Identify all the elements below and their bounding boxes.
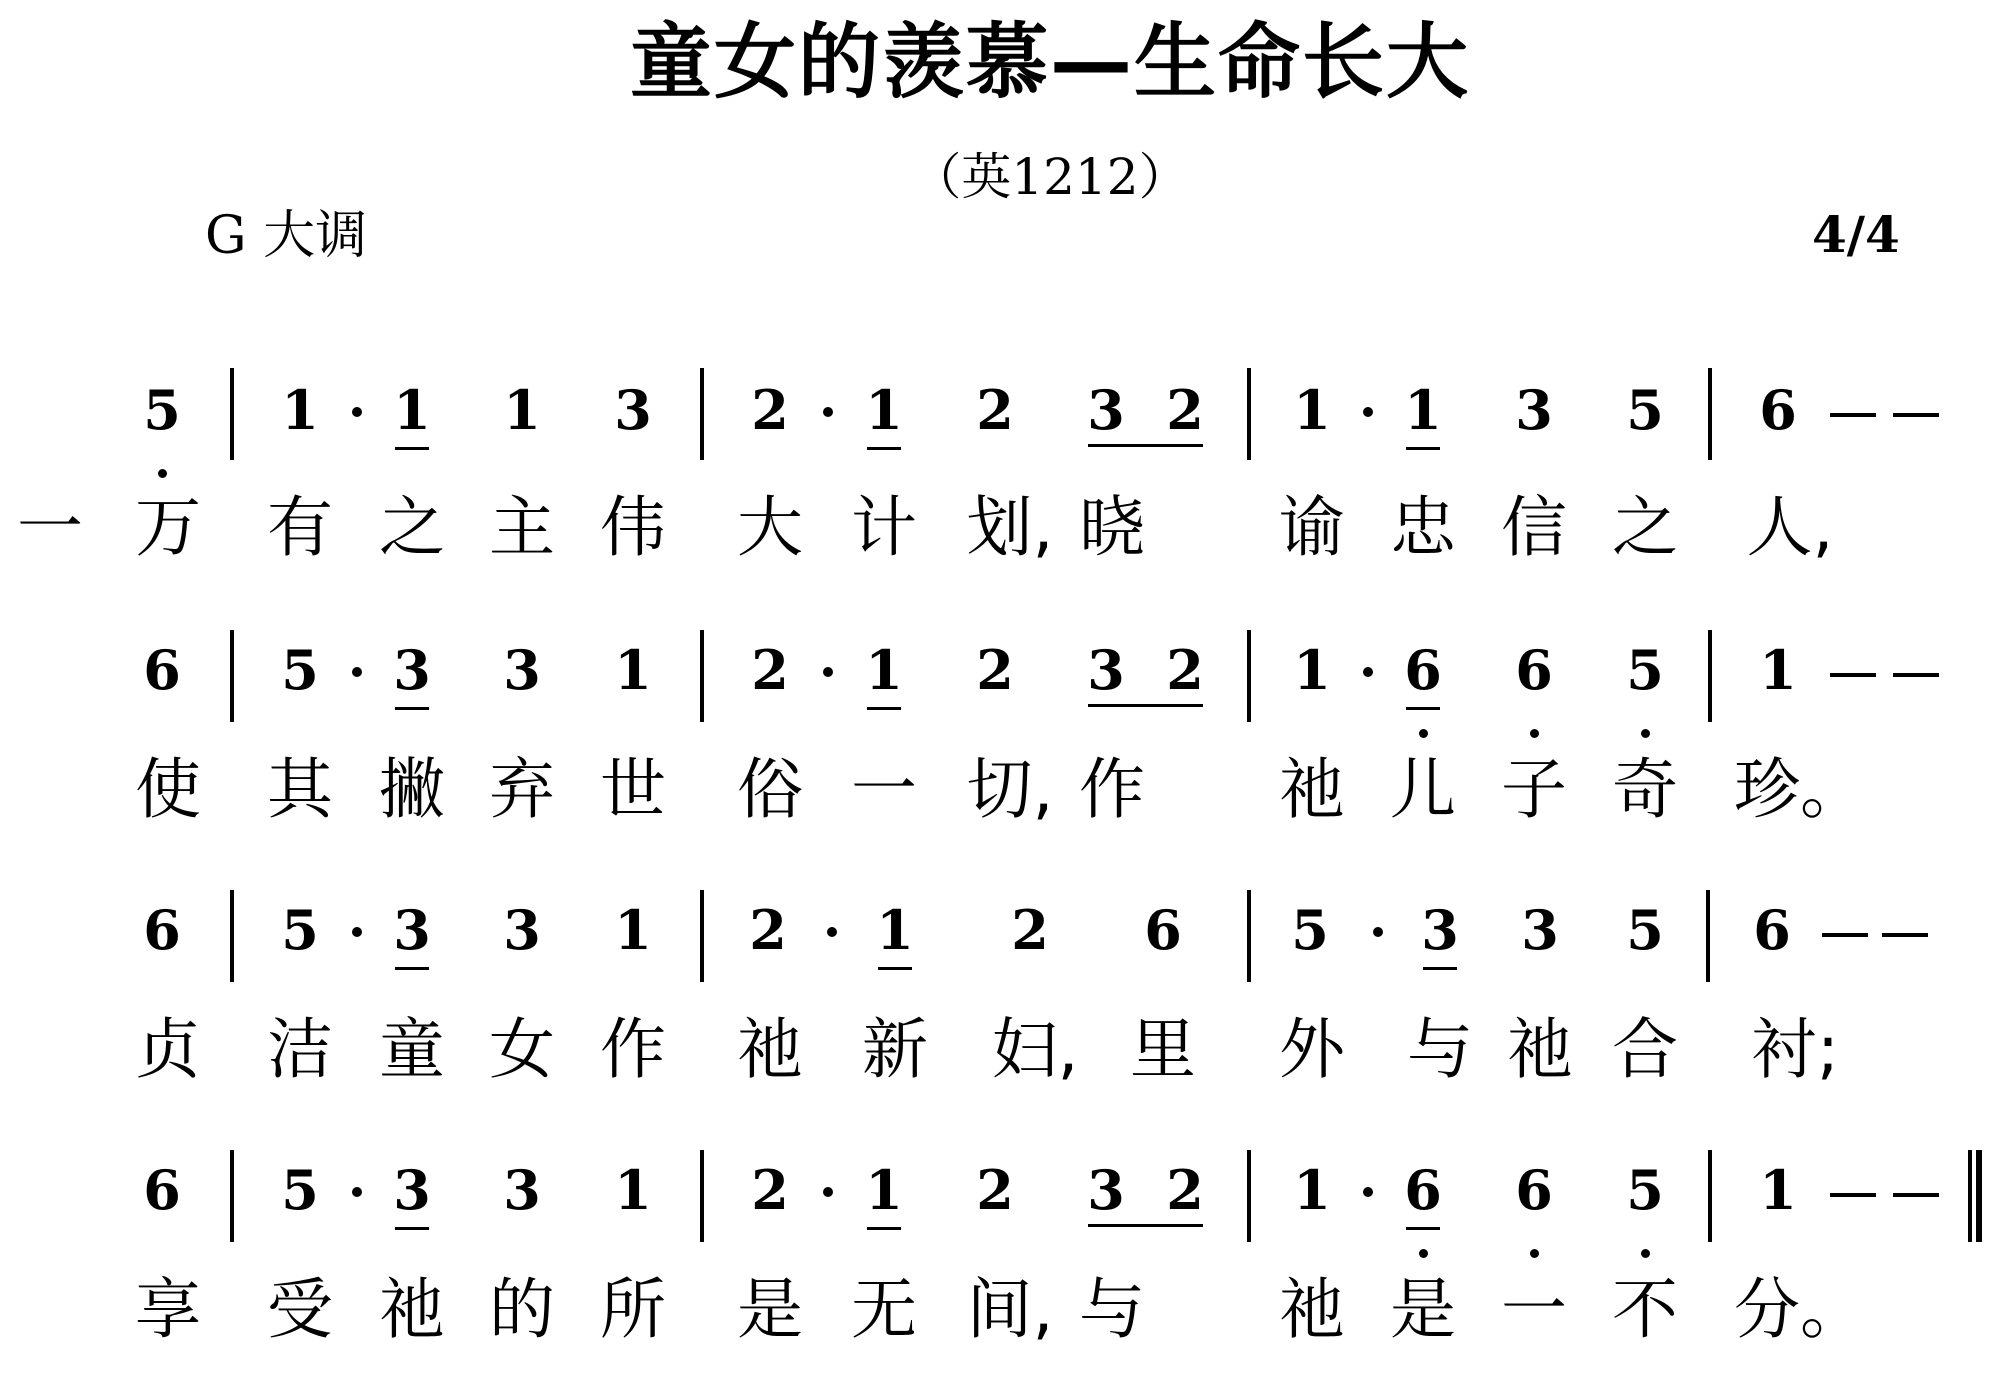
lyric: 主 — [489, 495, 555, 561]
note: 3 — [1081, 1163, 1131, 1217]
note: 1 — [497, 383, 547, 437]
note: 2 — [745, 1163, 795, 1217]
extension-dash — [1893, 673, 1939, 677]
augmentation-dot — [352, 927, 362, 937]
note: 1 — [608, 643, 658, 697]
eighth-underline — [878, 967, 912, 970]
note: 3 — [497, 1163, 547, 1217]
eighth-beam — [1088, 704, 1203, 707]
lyric: 洁 — [267, 1017, 333, 1083]
eighth-beam — [1088, 1224, 1203, 1227]
bar-line — [1247, 368, 1251, 460]
bar-line — [230, 1150, 234, 1242]
note: 6 — [1138, 903, 1188, 957]
lyric: 子 — [1501, 757, 1567, 823]
note: 5 — [275, 903, 325, 957]
note: 1 — [1753, 643, 1803, 697]
lyric: 忠 — [1390, 495, 1456, 561]
lyric: 祂 — [1279, 757, 1345, 823]
note: 5 — [275, 643, 325, 697]
lyric: 计 — [851, 495, 917, 561]
augmentation-dot — [823, 1187, 833, 1197]
lyric: 珍。 — [1734, 757, 1866, 823]
augmentation-dot — [823, 667, 833, 677]
lyric: 是 — [1390, 1277, 1456, 1343]
eighth-underline — [867, 1227, 901, 1230]
bar-line — [230, 890, 234, 982]
augmentation-dot — [1363, 1187, 1373, 1197]
lyric: 祂 — [379, 1277, 445, 1343]
lyric: 的 — [489, 1277, 555, 1343]
key-signature: G 大调 — [205, 210, 367, 262]
note: 6 — [137, 1163, 187, 1217]
lyric: 间, — [967, 1277, 1054, 1343]
note: 5 — [1285, 903, 1335, 957]
lyric: 作 — [1079, 757, 1145, 823]
eighth-underline — [395, 1227, 429, 1230]
lyric: 祂 — [1279, 1277, 1345, 1343]
lyric: 信 — [1501, 495, 1567, 561]
lyric: 里 — [1130, 1017, 1196, 1083]
bar-line — [700, 368, 704, 460]
bar-line — [700, 630, 704, 722]
lyric: 一 — [851, 757, 917, 823]
lyric: 享 — [135, 1277, 201, 1343]
note: 6 — [137, 903, 187, 957]
note: 6 — [1509, 643, 1559, 697]
lyric: 有 — [267, 495, 333, 561]
hymn-number: （英1212） — [0, 152, 2000, 202]
bar-line — [1708, 630, 1712, 722]
final-double-bar-line — [1968, 1150, 1982, 1242]
note: 2 — [970, 1163, 1020, 1217]
lyric: 是 — [737, 1277, 803, 1343]
note: 5 — [275, 1163, 325, 1217]
note: 1 — [387, 383, 437, 437]
note: 2 — [1005, 903, 1055, 957]
eighth-underline — [395, 967, 429, 970]
note: 6 — [1753, 383, 1803, 437]
lyric: 祂 — [737, 1017, 803, 1083]
extension-dash — [1830, 673, 1876, 677]
lyric: 祂 — [1507, 1017, 1573, 1083]
extension-dash — [1882, 933, 1928, 937]
note: 1 — [859, 1163, 909, 1217]
note: 1 — [859, 643, 909, 697]
note: 3 — [608, 383, 658, 437]
eighth-underline — [867, 707, 901, 710]
augmentation-dot — [827, 927, 837, 937]
note: 2 — [1160, 1163, 1210, 1217]
bar-line — [1247, 890, 1251, 982]
low-octave-dot — [1530, 1249, 1539, 1258]
note: 6 — [1398, 643, 1448, 697]
bar-line — [700, 890, 704, 982]
low-octave-dot — [1530, 729, 1539, 738]
note: 3 — [1509, 383, 1559, 437]
lyric: 合 — [1612, 1017, 1678, 1083]
note: 5 — [1620, 903, 1670, 957]
lyric: 俗 — [737, 757, 803, 823]
lyric: 与 — [1407, 1017, 1473, 1083]
low-octave-dot — [1641, 1249, 1650, 1258]
note: 1 — [608, 903, 658, 957]
note: 6 — [1398, 1163, 1448, 1217]
extension-dash — [1830, 413, 1876, 417]
note: 3 — [1081, 383, 1131, 437]
extension-dash — [1893, 1193, 1939, 1197]
note: 1 — [1753, 1163, 1803, 1217]
augmentation-dot — [1363, 667, 1373, 677]
note: 1 — [608, 1163, 658, 1217]
lyric: 无 — [851, 1277, 917, 1343]
lyric: 儿 — [1390, 757, 1456, 823]
note: 3 — [1415, 903, 1465, 957]
lyric: 一 — [17, 495, 83, 561]
augmentation-dot — [352, 667, 362, 677]
lyric: 使 — [135, 757, 201, 823]
lyric: 作 — [600, 1017, 666, 1083]
lyric: 受 — [267, 1277, 333, 1343]
note: 3 — [387, 903, 437, 957]
note: 3 — [497, 643, 547, 697]
eighth-beam — [1088, 444, 1203, 447]
note: 3 — [387, 643, 437, 697]
note: 1 — [859, 383, 909, 437]
note: 2 — [1160, 643, 1210, 697]
augmentation-dot — [823, 407, 833, 417]
lyric: 晓 — [1079, 495, 1145, 561]
note: 3 — [1515, 903, 1565, 957]
lyric: 人, — [1747, 495, 1834, 561]
note: 3 — [387, 1163, 437, 1217]
lyric: 谕 — [1279, 495, 1345, 561]
lyric: 伟 — [600, 495, 666, 561]
bar-line — [1708, 1150, 1712, 1242]
bar-line — [230, 630, 234, 722]
note: 3 — [497, 903, 547, 957]
eighth-underline — [1406, 447, 1440, 450]
bar-line — [1708, 368, 1712, 460]
song-title: 童女的羡慕—生命长大 — [0, 22, 2000, 104]
lyric: 世 — [600, 757, 666, 823]
lyric: 女 — [489, 1017, 555, 1083]
note: 1 — [1287, 643, 1337, 697]
bar-line — [1247, 630, 1251, 722]
extension-dash — [1893, 413, 1939, 417]
note: 3 — [1081, 643, 1131, 697]
note: 6 — [1509, 1163, 1559, 1217]
lyric: 不 — [1612, 1277, 1678, 1343]
lyric: 分。 — [1734, 1277, 1866, 1343]
note: 1 — [1398, 383, 1448, 437]
time-signature: 4/4 — [1812, 210, 1900, 260]
extension-dash — [1830, 1193, 1876, 1197]
bar-line — [1247, 1150, 1251, 1242]
eighth-underline — [395, 447, 429, 450]
lyric: 之 — [1612, 495, 1678, 561]
note: 5 — [1620, 1163, 1670, 1217]
lyric: 万 — [135, 495, 201, 561]
augmentation-dot — [1373, 927, 1383, 937]
lyric: 衬; — [1751, 1017, 1839, 1083]
low-octave-dot — [1419, 1249, 1428, 1258]
augmentation-dot — [352, 1187, 362, 1197]
note: 2 — [970, 643, 1020, 697]
augmentation-dot — [352, 407, 362, 417]
lyric: 与 — [1079, 1277, 1145, 1343]
note: 6 — [1747, 903, 1797, 957]
lyric: 妇, — [992, 1017, 1079, 1083]
lyric: 新 — [862, 1017, 928, 1083]
note: 1 — [1287, 1163, 1337, 1217]
eighth-underline — [1423, 967, 1457, 970]
note: 2 — [745, 383, 795, 437]
note: 1 — [275, 383, 325, 437]
bar-line — [230, 368, 234, 460]
eighth-underline — [1406, 1227, 1440, 1230]
low-octave-dot — [158, 469, 167, 478]
eighth-underline — [395, 707, 429, 710]
note: 1 — [870, 903, 920, 957]
lyric: 大 — [737, 495, 803, 561]
lyric: 贞 — [135, 1017, 201, 1083]
lyric: 外 — [1279, 1017, 1345, 1083]
note: 2 — [970, 383, 1020, 437]
lyric: 弃 — [489, 757, 555, 823]
bar-line — [1706, 890, 1710, 982]
note: 2 — [1160, 383, 1210, 437]
bar-line — [700, 1150, 704, 1242]
lyric: 其 — [267, 757, 333, 823]
lyric: 奇 — [1612, 757, 1678, 823]
note: 6 — [137, 643, 187, 697]
note: 2 — [743, 903, 793, 957]
note: 5 — [1620, 383, 1670, 437]
augmentation-dot — [1363, 407, 1373, 417]
lyric: 一 — [1501, 1277, 1567, 1343]
lyric: 所 — [600, 1277, 666, 1343]
note: 5 — [1620, 643, 1670, 697]
eighth-underline — [1406, 707, 1440, 710]
note: 5 — [137, 383, 187, 437]
eighth-underline — [867, 447, 901, 450]
lyric: 撇 — [379, 757, 445, 823]
lyric: 切, — [967, 757, 1054, 823]
note: 2 — [745, 643, 795, 697]
low-octave-dot — [1419, 729, 1428, 738]
lyric: 童 — [379, 1017, 445, 1083]
lyric: 划, — [967, 495, 1054, 561]
lyric: 之 — [379, 495, 445, 561]
low-octave-dot — [1641, 729, 1650, 738]
note: 1 — [1287, 383, 1337, 437]
extension-dash — [1822, 933, 1868, 937]
